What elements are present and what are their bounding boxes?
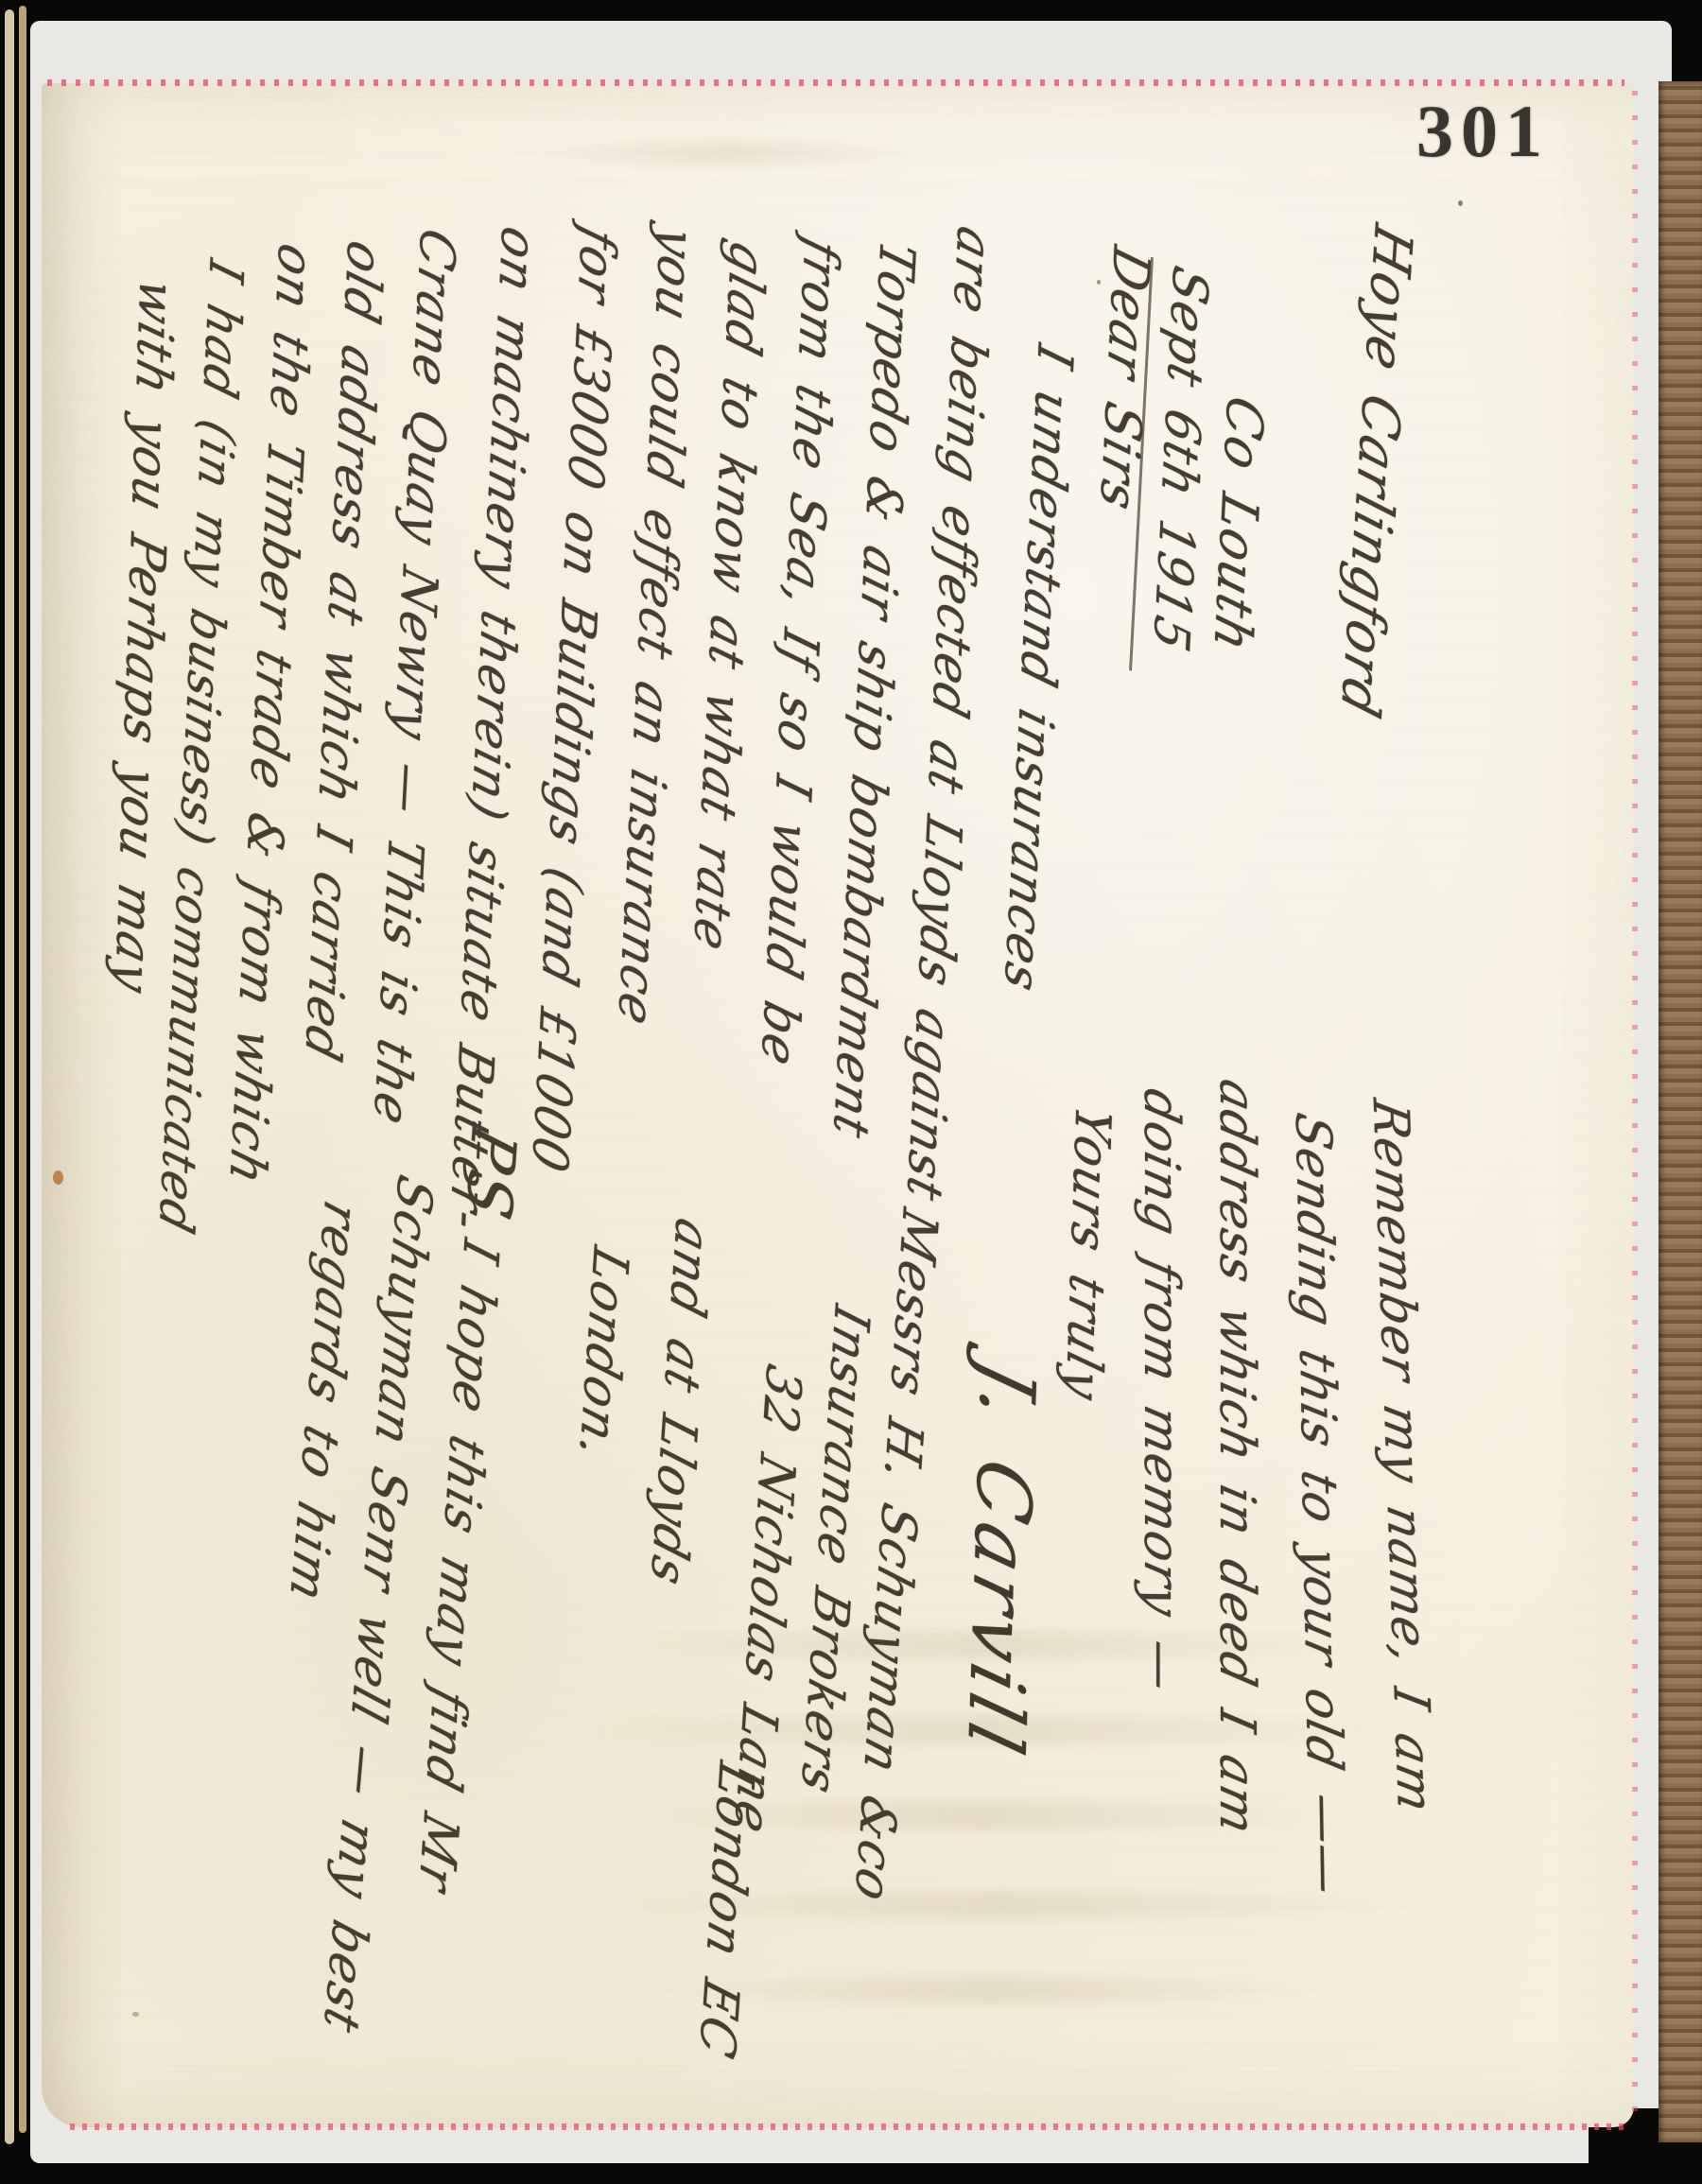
letter-closing: Yours truly — [1054, 1101, 1120, 1407]
letter-body-line: Remember my name, I am — [1362, 1095, 1444, 1817]
letter-place-line: Co Louth — [1203, 390, 1275, 659]
letter-body-line: I understand insurances — [993, 338, 1083, 998]
letter-place-line: Hoye Carlingford — [1329, 217, 1423, 724]
letter-body-line: address which in deed I am — [1208, 1074, 1265, 1840]
recipient-line: London. — [568, 1240, 638, 1465]
letter-body-line: doing from memory — — [1133, 1083, 1190, 1697]
handwritten-letter: Hoye Carlingford Co Louth Sept 6th 1915 … — [0, 0, 1702, 2184]
letter-body-line: Sending this to your old —— — [1284, 1108, 1355, 1900]
postscript-label: PS — [452, 1118, 530, 1229]
recipient-line: London EC — [688, 1756, 764, 2065]
recipient-line: and at Lloyds — [639, 1212, 721, 1593]
signature: J. Carvill — [950, 1352, 1051, 1767]
